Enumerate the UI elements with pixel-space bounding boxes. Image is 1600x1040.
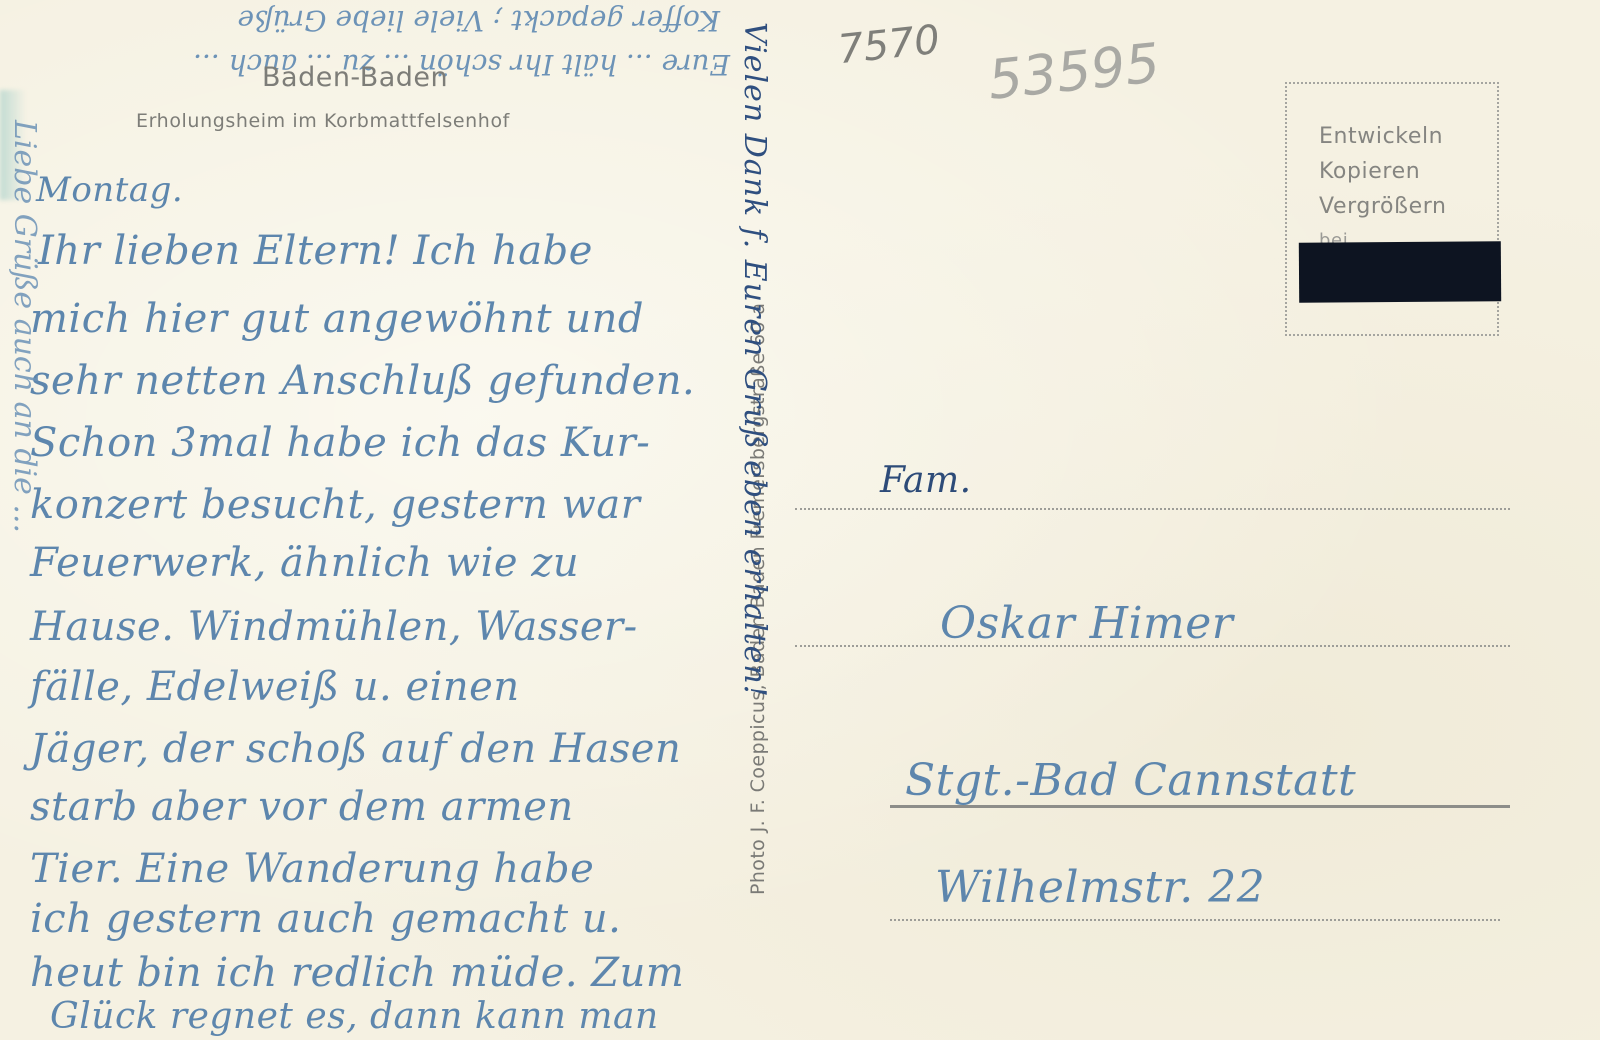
pencil-number-1: 7570 — [836, 17, 942, 73]
message-line: heut bin ich redlich müde. Zum — [30, 950, 684, 996]
address-line-rule — [890, 919, 1500, 921]
message-line: Ihr lieben Eltern! Ich habe — [38, 228, 593, 274]
message-line: Hause. Windmühlen, Wasser- — [30, 604, 638, 650]
message-line: Tier. Eine Wanderung habe — [30, 846, 594, 892]
message-line: Jäger, der schoß auf den Hasen — [30, 726, 681, 772]
postcard-back: Koffer gepackt ; Viele liebe Grüße Eure … — [0, 0, 1600, 1040]
message-line: Feuerwerk, ähnlich wie zu — [30, 540, 579, 586]
left-edge-vertical-note: Liebe Grüße auch an die ... — [7, 120, 42, 533]
address-city: Stgt.-Bad Cannstatt — [905, 755, 1356, 806]
address-recipient-name: Oskar Himer — [940, 598, 1233, 649]
message-line: starb aber vor dem armen — [30, 784, 574, 830]
message-line: Glück regnet es, dann kann man — [50, 996, 659, 1037]
address-street: Wilhelmstr. 22 — [935, 862, 1265, 913]
stamp-box: Entwickeln Kopieren Vergrößern bei — [1285, 82, 1499, 336]
upside-down-note-line-1: Koffer gepackt ; Viele liebe Grüße — [300, 4, 720, 37]
postcard-title: Baden-Baden — [262, 62, 448, 93]
message-line: sehr netten Anschluß gefunden. — [30, 358, 695, 404]
stamp-text-line: Entwickeln — [1319, 124, 1443, 149]
message-line: ich gestern auch gemacht u. — [30, 896, 621, 942]
message-line-date: Montag. — [36, 170, 183, 210]
message-line: konzert besucht, gestern war — [30, 482, 640, 528]
address-salutation: Fam. — [880, 460, 972, 501]
message-line: fälle, Edelweiß u. einen — [30, 664, 520, 710]
side-vertical-note: Vielen Dank f. Euren Gruß eben erhalten! — [737, 22, 772, 698]
message-line: mich hier gut angewöhnt und — [30, 296, 644, 342]
address-line-rule — [795, 508, 1510, 510]
redaction-bar — [1299, 241, 1501, 302]
pencil-number-2: 53595 — [985, 31, 1162, 112]
stamp-text-line: Vergrößern — [1319, 194, 1447, 219]
stamp-text-line: Kopieren — [1319, 159, 1420, 184]
message-line: Schon 3mal habe ich das Kur- — [30, 420, 650, 466]
postcard-subtitle: Erholungsheim im Korbmattfelsenhof — [136, 110, 510, 132]
